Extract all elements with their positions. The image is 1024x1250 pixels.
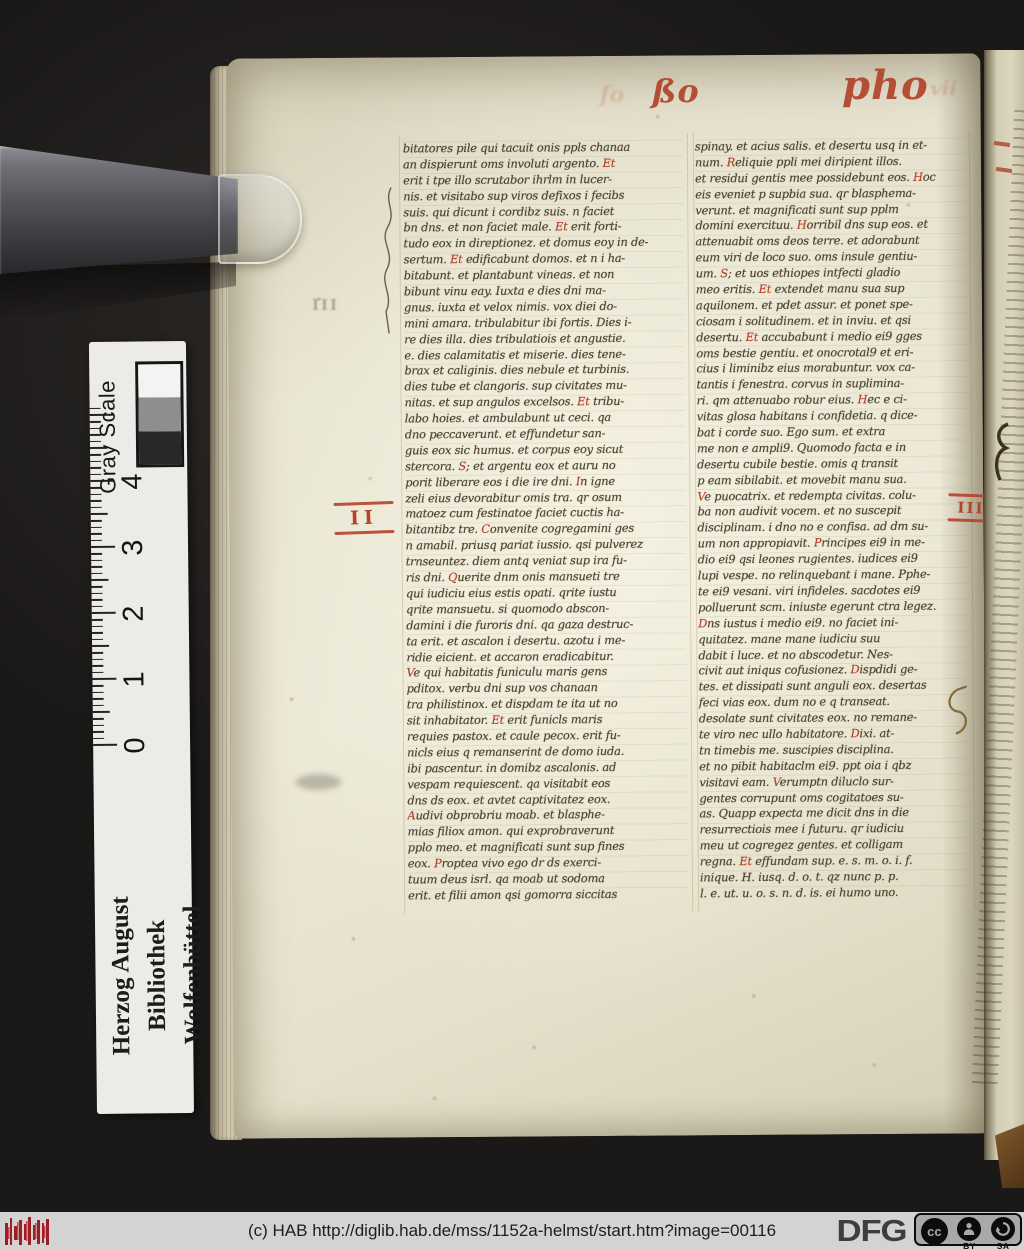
gray-scale-label: Gray Scale: [94, 380, 121, 494]
manuscript-line: eis eveniet p supbia sua. qr blasphema-: [695, 185, 967, 203]
manuscript-line: bitantibz tre. Convenite cogregamini ges: [405, 521, 685, 539]
ruler-tick: [91, 546, 115, 548]
text-column-right: spinay. et acius salis. et desertu usq i…: [695, 137, 972, 901]
facing-page-strip: [984, 50, 1024, 1160]
manuscript-line: quitatez. mane mane iudiciu suu: [698, 630, 970, 648]
manuscript-line: sertum. Et edificabunt domos. et n i ha-: [404, 251, 684, 269]
manuscript-line: um. S; et uos ethiopes intfecti gladio: [696, 265, 968, 283]
manuscript-line: suis. qui dicunt i cordibz suis. n facie…: [403, 203, 683, 221]
running-title-right: pho: [842, 62, 929, 109]
manuscript-line: Audivi obprobriu moab. et blasphe-: [407, 807, 687, 825]
manuscript-line: desertu cubile bestie. omis q transit: [697, 455, 969, 473]
ruler-tick: [92, 659, 103, 661]
manuscript-line: n amabil. priusq pariat iussio. qsi pulv…: [406, 537, 686, 555]
ruler-tick: [91, 533, 102, 535]
facing-ink-flourish: [988, 422, 1016, 484]
chapter-numeral-left: II: [333, 501, 394, 535]
manuscript-line: trnseuntez. diem antq veniat sup ira fu-: [406, 553, 686, 571]
manuscript-line: tuum deus isrl. qa moab ut sodoma: [408, 870, 688, 888]
ruler-tick: [91, 507, 102, 509]
manuscript-line: tes. et dissipati sunt anguli eox. deser…: [699, 678, 971, 696]
manuscript-line: brax et caliginis. dies nebule et turbin…: [404, 362, 684, 380]
manuscript-line: civit aut iniqus cofusionez. Dispdidi ge…: [698, 662, 970, 680]
manuscript-line: ibi pascentur. in domibz ascalonis. ad: [407, 759, 687, 777]
manuscript-line: eum viri de loco suo. oms insule gentiu-: [696, 249, 968, 267]
manuscript-line: damini i die furoris dni. qa gaza destru…: [406, 616, 686, 634]
gray-scale-card: Herzog August Bibliothek Wolfenbüttel 01…: [89, 341, 194, 1114]
manuscript-line: labo hoies. et ambulabunt ut ceci. qa: [405, 410, 685, 428]
manuscript-line: dno peccaverunt. et effundetur san-: [405, 425, 685, 443]
manuscript-line: domini exercituu. Horribil dns sup eos. …: [695, 217, 967, 235]
cc-by-mark: BY: [957, 1217, 981, 1250]
manuscript-line: te viro nec ullo habitatore. Dixi. at-: [699, 725, 971, 743]
ruler-tick: [91, 520, 102, 522]
ruler-tick: [91, 579, 108, 581]
manuscript-line: ta erit. et ascalon i desertu. azotu i m…: [406, 632, 686, 650]
ruler-tick: [93, 685, 104, 687]
manuscript-line: et residui gentis mee possidebunt eos. H…: [695, 169, 967, 187]
manuscript-line: vitas glosa habitans i confidetia. q dic…: [697, 408, 969, 426]
text-column-left: bitatores pile qui tacuit onis ppls chan…: [403, 139, 688, 903]
caption-bar: (c) HAB http://diglib.hab.de/mss/1152a-h…: [0, 1212, 1024, 1250]
manuscript-line: tudo eox in direptionez. et domus eoy in…: [403, 235, 683, 253]
manuscript-line: re dies illa. dies tribulatiois et angus…: [404, 330, 684, 348]
manuscript-line: lupi vespe. no relinquebant i mane. Pphe…: [698, 567, 970, 585]
ruler-tick: [92, 619, 103, 621]
manuscript-line: vespam requiescent. qa visitabit eos: [407, 775, 687, 793]
manuscript-line: eox. Proptea vivo ego dr ds exerci-: [408, 855, 688, 873]
ruler-tick: [92, 639, 103, 641]
manuscript-line: um non appropiavit. Principes ei9 in me-: [698, 535, 970, 553]
manuscript-line: stercora. S; et argentu eox et auru no: [405, 457, 685, 475]
manuscript-line: aquilonem. et pdet assur. et ponet spe-: [696, 296, 968, 314]
manuscript-line: bitatores pile qui tacuit onis ppls chan…: [403, 139, 683, 157]
manuscript-line: mias filiox amon. qui exprobraverunt: [408, 823, 688, 841]
manuscript-line: gnus. iuxta et velox nimis. vox diei do-: [404, 298, 684, 316]
manuscript-line: p eam sibilabit. et movebit manu sua.: [697, 471, 969, 489]
manuscript-line: meo eritis. Et extendet manu sua sup: [696, 280, 968, 298]
manuscript-line: Dns iustus i medio ei9. no faciet ini-: [698, 614, 970, 632]
cc-sa-mark: SA: [991, 1217, 1015, 1250]
ruler-tick: [93, 711, 110, 713]
ruler-tick: [92, 672, 103, 674]
ruler-tick: [93, 744, 117, 746]
manuscript-line: e. dies calamitatis et miserie. dies ten…: [404, 346, 684, 364]
manuscript-line: tn timebis me. suscipies disciplina.: [699, 741, 971, 759]
ruler-tick: [91, 500, 102, 502]
running-title-offset-ghost: ſo: [600, 82, 624, 108]
ruler-tick: [92, 606, 103, 608]
ruler-tick: [92, 626, 103, 628]
ruler-tick: [91, 513, 108, 515]
facing-red-mark: [994, 141, 1010, 147]
parchment-stain: [295, 774, 341, 790]
manuscript-line: me non e ampli9. Quomodo facta e in: [697, 439, 969, 457]
manuscript-line: requies pastox. et caule pecox. erit fu-: [407, 727, 687, 745]
manuscript-line: gentes corrupunt oms cogitatoes su-: [699, 789, 971, 807]
ruler-tick: [93, 705, 104, 707]
digitized-manuscript-photo: { "running_header": { "left": "ßo", "rig…: [0, 0, 1024, 1250]
ruler-tick: [93, 718, 104, 720]
ruler-tick: [92, 593, 103, 595]
manuscript-line: l. e. ut. u. o. s. n. d. is. ei humo uno…: [700, 884, 972, 901]
manuscript-line: dns ds eox. et avtet captivitatez eox.: [407, 791, 687, 809]
ruler-tick: [91, 566, 102, 568]
ruler-tick: [92, 612, 116, 614]
manuscript-line: num. Reliquie ppli mei diripient illos.: [695, 153, 967, 171]
ruler-number: 3: [117, 539, 150, 555]
manuscript-line: nitas. et sup angulos excelsos. Et tribu…: [405, 394, 685, 412]
manuscript-line: et no pibit habitaclm ei9. ppt oia i qbz: [699, 757, 971, 775]
running-title-facing-ghost: vii: [930, 76, 957, 100]
dfg-logo: DFG: [836, 1213, 906, 1249]
margin-doodle: [943, 685, 973, 737]
manuscript-line: nis. et visitabo sup viros defixos i fec…: [403, 187, 683, 205]
ruler-tick: [92, 632, 103, 634]
share-alike-arrow-icon: [991, 1217, 1015, 1241]
manuscript-line: cius i liminibz eius morabuntur. vox ca-: [696, 360, 968, 378]
ruler-tick: [93, 725, 104, 727]
manuscript-line: dio ei9 qsi leones rugientes. iudices ei…: [698, 551, 970, 569]
cc-mark: cc: [921, 1217, 948, 1245]
manuscript-line: ri. qm attenuabo robur eius. Hec e ci-: [697, 392, 969, 410]
manuscript-line: bat i corde suo. Ego sum. et extra: [697, 424, 969, 442]
manuscript-line: tantis i fenestra. corvus in suplimina-: [696, 376, 968, 394]
gray-scale-patches: [135, 361, 184, 467]
manuscript-line: zeli eius devorabitur omis tra. qr osum: [405, 489, 685, 507]
running-title-left: ßo: [652, 72, 700, 110]
manuscript-line: tra philistinox. et dispdam te ita ut no: [407, 696, 687, 714]
attribution-person-icon: [957, 1217, 981, 1241]
manuscript-page: bitatores pile qui tacuit onis ppls chan…: [226, 53, 988, 1138]
gray-patch: [139, 397, 181, 431]
ruler-tick: [91, 573, 102, 575]
ruler-tick: [93, 738, 104, 740]
ruler-tick: [92, 652, 103, 654]
ruler-number: 1: [118, 671, 151, 687]
cc-license-badge: cc BY SA: [914, 1213, 1022, 1246]
manuscript-line: resurrectiois mee i futuru. qr iudiciu: [700, 821, 972, 839]
manuscript-line: bitabunt. et plantabunt vineas. et non: [404, 267, 684, 285]
column-ruling-line: [687, 133, 693, 911]
manuscript-line: pplo meo. et magnificati sunt sup fines: [408, 839, 688, 857]
manuscript-line: ridie eicient. et accaron eradicabitur.: [406, 648, 686, 666]
manuscript-line: verunt. et magnificati sunt sup pplm: [695, 201, 967, 219]
manuscript-line: dies tube et clangoris. sup civitates mu…: [404, 378, 684, 396]
manuscript-line: pditox. verbu dni sup vos chanaan: [407, 680, 687, 698]
manuscript-line: bibunt vinu eay. Iuxta e dies dni ma-: [404, 282, 684, 300]
ruler-tick: [93, 698, 104, 700]
ruler-tick: [91, 527, 102, 529]
ruler-tick: [92, 645, 109, 647]
gray-patch: [138, 364, 180, 398]
page-holder-clip: [218, 174, 302, 264]
ruler-tick: [93, 731, 104, 733]
manuscript-line: as. Quapp expecta me dicit dns in die: [699, 805, 971, 823]
ruler-tick: [91, 540, 102, 542]
manuscript-line: dabit i luce. et no abscodetur. Nes-: [698, 646, 970, 664]
manuscript-line: an dispierunt oms involuti argento. Et: [403, 155, 683, 173]
institution-line1: Herzog August Bibliothek: [102, 841, 177, 1110]
institution-label: Herzog August Bibliothek Wolfenbüttel: [102, 841, 213, 1110]
showthrough-numeral: III: [312, 296, 339, 314]
manuscript-line: polluerunt scm. iniuste egerunt ctra leg…: [698, 598, 970, 616]
manuscript-line: ris dni. Querite dnm onis mansueti tre: [406, 568, 686, 586]
manuscript-line: feci vias eox. dum no e q transeat.: [699, 694, 971, 712]
ruler-tick: [91, 586, 102, 588]
gray-patch: [139, 431, 181, 465]
ruler-tick: [91, 553, 102, 555]
parchment-freckles: [226, 59, 228, 61]
institution-line2: Wolfenbüttel: [174, 841, 213, 1109]
manuscript-line: qrite mansuetu. si quomodo abscon-: [406, 600, 686, 618]
manuscript-line: guis eox sic humus. et corpus eoy sicut: [405, 441, 685, 459]
facing-red-mark: [996, 167, 1012, 173]
manuscript-line: Ve puocatrix. et redempta civitas. colu-: [697, 487, 969, 505]
manuscript-line: oms bestie gentiu. et onocrotal9 et eri-: [696, 344, 968, 362]
manuscript-line: porit liberare eos i die ire dni. In ign…: [405, 473, 685, 491]
manuscript-line: desolate sunt civitates eox. no remane-: [699, 710, 971, 728]
cc-icon: cc: [921, 1218, 948, 1245]
ruler-number: 0: [119, 737, 152, 753]
ruler-tick: [92, 599, 103, 601]
manuscript-line: attenuabit oms deos terre. et adorabunt: [695, 233, 967, 251]
manuscript-line: disciplinam. i dno no e confisa. ad dm s…: [697, 519, 969, 537]
manuscript-line: Ve qui habitatis funiculu maris gens: [406, 664, 686, 682]
manuscript-line: ba non audivit vocem. et no suscepit: [697, 503, 969, 521]
manuscript-line: spinay. et acius salis. et desertu usq i…: [695, 137, 967, 155]
manuscript-line: visitavi eam. Verumptn diluclo sur-: [699, 773, 971, 791]
manuscript-line: erit i tpe illo scrutabor ihrlm in lucer…: [403, 171, 683, 189]
manuscript-line: erit. et filii amon qsi gomorra siccitas: [408, 886, 688, 903]
manuscript-line: te ei9 vesani. viri infideles. sacdotes …: [698, 582, 970, 600]
manuscript-line: sit inhabitator. Et erit funicls maris: [407, 712, 687, 730]
ruler-tick: [92, 678, 116, 680]
ruler-tick: [92, 665, 103, 667]
manuscript-line: nicls eius q remanserint de domo iuda.: [407, 743, 687, 761]
ruler-number: 2: [118, 605, 151, 621]
manuscript-line: regna. Et effundam sup. e. s. m. o. i. f…: [700, 853, 972, 871]
manuscript-line: bn dns. et non faciet male. Et erit fort…: [403, 219, 683, 237]
manuscript-line: desertu. Et accubabunt i medio ei9 gges: [696, 328, 968, 346]
ruler-tick: [91, 560, 102, 562]
manuscript-line: meu ut cogregez gentes. et colligam: [700, 837, 972, 855]
manuscript-line: inique. H. iusq. d. o. t. qz nunc p. p.: [700, 868, 972, 886]
manuscript-line: matoez cum festinatoe faciet cuctis ha-: [405, 505, 685, 523]
manuscript-line: qui iudiciu eius estis opati. qrite iust…: [406, 584, 686, 602]
manuscript-line: ciosam i solitudinem. et in inviu. et qs…: [696, 312, 968, 330]
manuscript-line: mini amara. tribulabitur ibi fortis. Die…: [404, 314, 684, 332]
margin-correction-squiggle: [379, 185, 402, 335]
ruler-tick: [93, 692, 104, 694]
